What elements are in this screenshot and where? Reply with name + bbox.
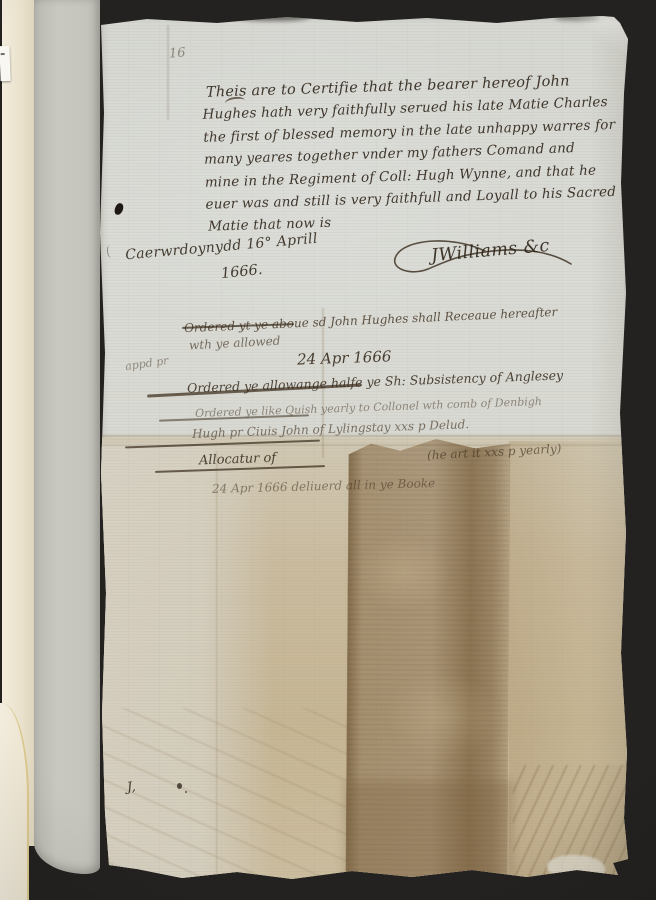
ink-spot [177,783,182,789]
ink-spot [185,791,187,793]
stain-band-bottom [345,781,513,881]
margin-approval-note: appd pr [124,354,169,373]
allocatur-note: Allocatur of [199,451,277,469]
top-edge-smudge [237,13,309,21]
date-year: 1666. [220,262,263,282]
endorsement-order-1: Ordered yt ye aboue sd John Hughes shall… [184,305,558,335]
volume-guard-edge [34,0,100,874]
folio-number: 16 [168,45,186,61]
top-edge-smudge [555,15,599,21]
endorsement-date: 24 Apr 1666 [297,347,392,368]
manuscript-document: 16 Theis are to Certifie that the bearer… [97,13,633,885]
small-ink-mark: J, [126,780,136,796]
signature-block: JWilliams &c [385,229,585,293]
bottom-left-creases [97,708,347,883]
endorsement-order-1b: wth ye allowed [189,334,281,353]
archive-photograph: 16 Theis are to Certifie that the bearer… [0,0,656,900]
ink-mark-paren [106,245,115,259]
certificate-text: Theis are to Certifie that the bearer he… [202,68,639,238]
bottom-right-light-patch [547,855,605,881]
horizontal-fold-line [97,435,633,438]
ink-blot [114,202,125,216]
paper-tab [0,46,11,81]
vertical-crease [167,25,169,120]
